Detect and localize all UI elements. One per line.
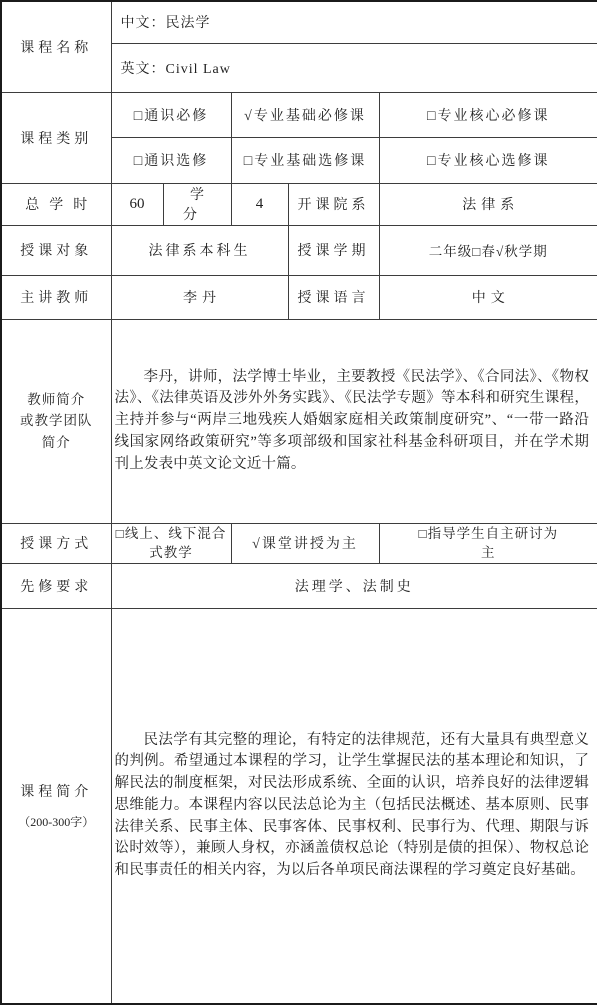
audience-semester-row: 授课对象 法律系本科生 授课学期 二年级□春√秋学期 (1, 225, 597, 275)
prerequisites-value: 法理学、法制史 (111, 563, 597, 608)
prerequisites-label: 先修要求 (1, 563, 111, 608)
total-hours-label: 总学时 (1, 183, 111, 225)
method-option-lecture-checked: √课堂讲授为主 (231, 523, 379, 563)
instructor-value: 李丹 (111, 275, 288, 319)
course-name-cn: 中文：民法学 (111, 1, 597, 43)
course-intro-text: 民法学有其完整的理论，有特定的法律规范，还有大量具有典型意义的判例。希望通过本课… (115, 730, 590, 882)
semester-label: 授课学期 (288, 225, 379, 275)
course-name-row-cn: 课程名称 中文：民法学 (1, 1, 597, 43)
total-hours-value: 60 (111, 183, 163, 225)
credits-value: 4 (231, 183, 288, 225)
method-option-self-study: □指导学生自主研讨为主 (379, 523, 597, 563)
language-label: 授课语言 (288, 275, 379, 319)
method-option-blended: □线上、线下混合式教学 (111, 523, 231, 563)
teaching-method-row: 授课方式 □线上、线下混合式教学 √课堂讲授为主 □指导学生自主研讨为主 (1, 523, 597, 563)
course-intro-row: 课程简介 （200-300字） 民法学有其完整的理论，有特定的法律规范，还有大量… (1, 608, 597, 1004)
category-option-major-basic-elective: □专业基础选修课 (231, 137, 379, 183)
course-intro-cell: 民法学有其完整的理论，有特定的法律规范，还有大量具有典型意义的判例。希望通过本课… (111, 608, 597, 1004)
course-name-label: 课程名称 (1, 1, 111, 92)
teacher-bio-label-line1: 教师简介 (2, 389, 111, 411)
hours-credits-row: 总学时 60 学分 4 开课院系 法律系 (1, 183, 597, 225)
audience-value: 法律系本科生 (111, 225, 288, 275)
teaching-method-label: 授课方式 (1, 523, 111, 563)
method-option-self-study-text: □指导学生自主研讨为主 (414, 524, 562, 563)
category-option-general-required: □通识必修 (111, 92, 231, 137)
teacher-bio-text: 李丹，讲师，法学博士毕业，主要教授《民法学》、《合同法》、《物权法》、《法律英语… (115, 367, 590, 476)
category-option-major-basic-required-checked: √专业基础必修课 (231, 92, 379, 137)
category-option-general-elective: □通识选修 (111, 137, 231, 183)
teacher-bio-cell: 李丹，讲师，法学博士毕业，主要教授《民法学》、《合同法》、《物权法》、《法律英语… (111, 319, 597, 523)
course-category-label: 课程类别 (1, 92, 111, 183)
instructor-label: 主讲教师 (1, 275, 111, 319)
teacher-bio-row: 教师简介 或教学团队 简介 李丹，讲师，法学博士毕业，主要教授《民法学》、《合同… (1, 319, 597, 523)
department-value: 法律系 (379, 183, 597, 225)
department-label: 开课院系 (288, 183, 379, 225)
teacher-bio-label: 教师简介 或教学团队 简介 (1, 319, 111, 523)
course-info-table: 课程名称 中文：民法学 英文：Civil Law 课程类别 □通识必修 √专业基… (0, 0, 597, 1005)
instructor-language-row: 主讲教师 李丹 授课语言 中文 (1, 275, 597, 319)
prerequisites-row: 先修要求 法理学、法制史 (1, 563, 597, 608)
credits-label: 学分 (163, 183, 231, 225)
language-value: 中文 (379, 275, 597, 319)
course-name-en: 英文：Civil Law (111, 43, 597, 92)
course-intro-word-count-note: （200-300字） (2, 813, 111, 830)
category-option-major-core-required: □专业核心必修课 (379, 92, 597, 137)
audience-label: 授课对象 (1, 225, 111, 275)
category-option-major-core-elective: □专业核心选修课 (379, 137, 597, 183)
course-form-page: 课程名称 中文：民法学 英文：Civil Law 课程类别 □通识必修 √专业基… (0, 0, 597, 1005)
course-intro-label-cell: 课程简介 （200-300字） (1, 608, 111, 1004)
teacher-bio-label-line2: 或教学团队 (2, 410, 111, 432)
teacher-bio-label-line3: 简介 (2, 432, 111, 454)
course-category-row-1: 课程类别 □通识必修 √专业基础必修课 □专业核心必修课 (1, 92, 597, 137)
course-intro-label: 课程简介 (2, 781, 111, 801)
semester-value: 二年级□春√秋学期 (379, 225, 597, 275)
